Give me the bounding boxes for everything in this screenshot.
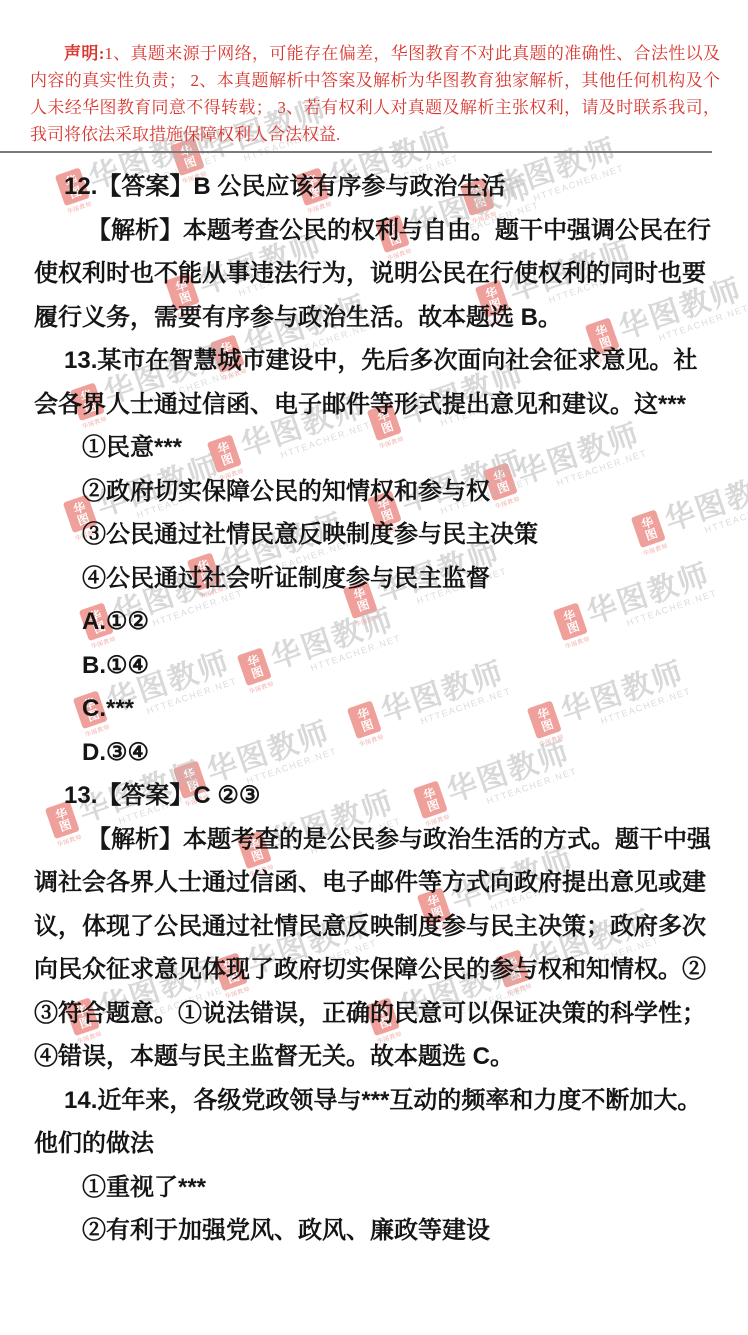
continuation-line: ④错误，本题与民主监督无关。故本题选 C。: [34, 1035, 714, 1079]
analysis-line: 【解析】本题考查公民的权利与自由。题干中强调公民在行: [34, 209, 714, 253]
option-line: ②政府切实保障公民的知情权和参与权: [34, 470, 714, 514]
option-line: A.①②: [34, 600, 714, 644]
divider-line: [0, 151, 712, 153]
option-line: B.①④: [34, 644, 714, 688]
continuation-line: 议，体现了公民通过社情民意反映制度参与民主决策；政府多次: [34, 905, 714, 949]
disclaimer-body: 1、真题来源于网络，可能存在偏差，华图教育不对此真题的准确性、合法性以及内容的真…: [30, 44, 720, 144]
option-line: ①民意***: [34, 426, 714, 470]
continuation-line: 他们的做法: [34, 1122, 714, 1166]
document-page: 华图华图教师华图教师HTTEACHER.NET华图华图教师华图教师HTTEACH…: [0, 0, 748, 1335]
answer-line: 12.【答案】B 公民应该有序参与政治生活: [34, 165, 714, 209]
question-line: 13.某市在智慧城市建设中，先后多次面向社会征求意见。社: [34, 339, 714, 383]
exam-text-block: 12.【答案】B 公民应该有序参与政治生活【解析】本题考查公民的权利与自由。题干…: [34, 165, 714, 1253]
answer-line: 13.【答案】C ②③: [34, 774, 714, 818]
document-content: 声明:1、真题来源于网络，可能存在偏差，华图教育不对此真题的准确性、合法性以及内…: [0, 40, 748, 1253]
continuation-line: 会各界人士通过信函、电子邮件等形式提出意见和建议。这***: [34, 383, 714, 427]
option-line: ①重视了***: [34, 1166, 714, 1210]
option-line: ④公民通过社会听证制度参与民主监督: [34, 557, 714, 601]
option-line: D.③④: [34, 731, 714, 775]
disclaimer-text: 声明:1、真题来源于网络，可能存在偏差，华图教育不对此真题的准确性、合法性以及内…: [30, 40, 720, 148]
continuation-line: 使权利时也不能从事违法行为，说明公民在行使权利的同时也要: [34, 252, 714, 296]
continuation-line: 向民众征求意见体现了政府切实保障公民的参与权和知情权。②: [34, 948, 714, 992]
option-line: ③公民通过社情民意反映制度参与民主决策: [34, 513, 714, 557]
continuation-line: 调社会各界人士通过信函、电子邮件等方式向政府提出意见或建: [34, 861, 714, 905]
analysis-line: 【解析】本题考查的是公民参与政治生活的方式。题干中强: [34, 818, 714, 862]
disclaimer-label: 声明:: [64, 44, 104, 63]
question-line: 14.近年来，各级党政领导与***互动的频率和力度不断加大。: [34, 1079, 714, 1123]
option-line: ②有利于加强党风、政风、廉政等建设: [34, 1209, 714, 1253]
continuation-line: 履行义务，需要有序参与政治生活。故本题选 B。: [34, 296, 714, 340]
continuation-line: ③符合题意。①说法错误，正确的民意可以保证决策的科学性；: [34, 992, 714, 1036]
option-line: C.***: [34, 687, 714, 731]
